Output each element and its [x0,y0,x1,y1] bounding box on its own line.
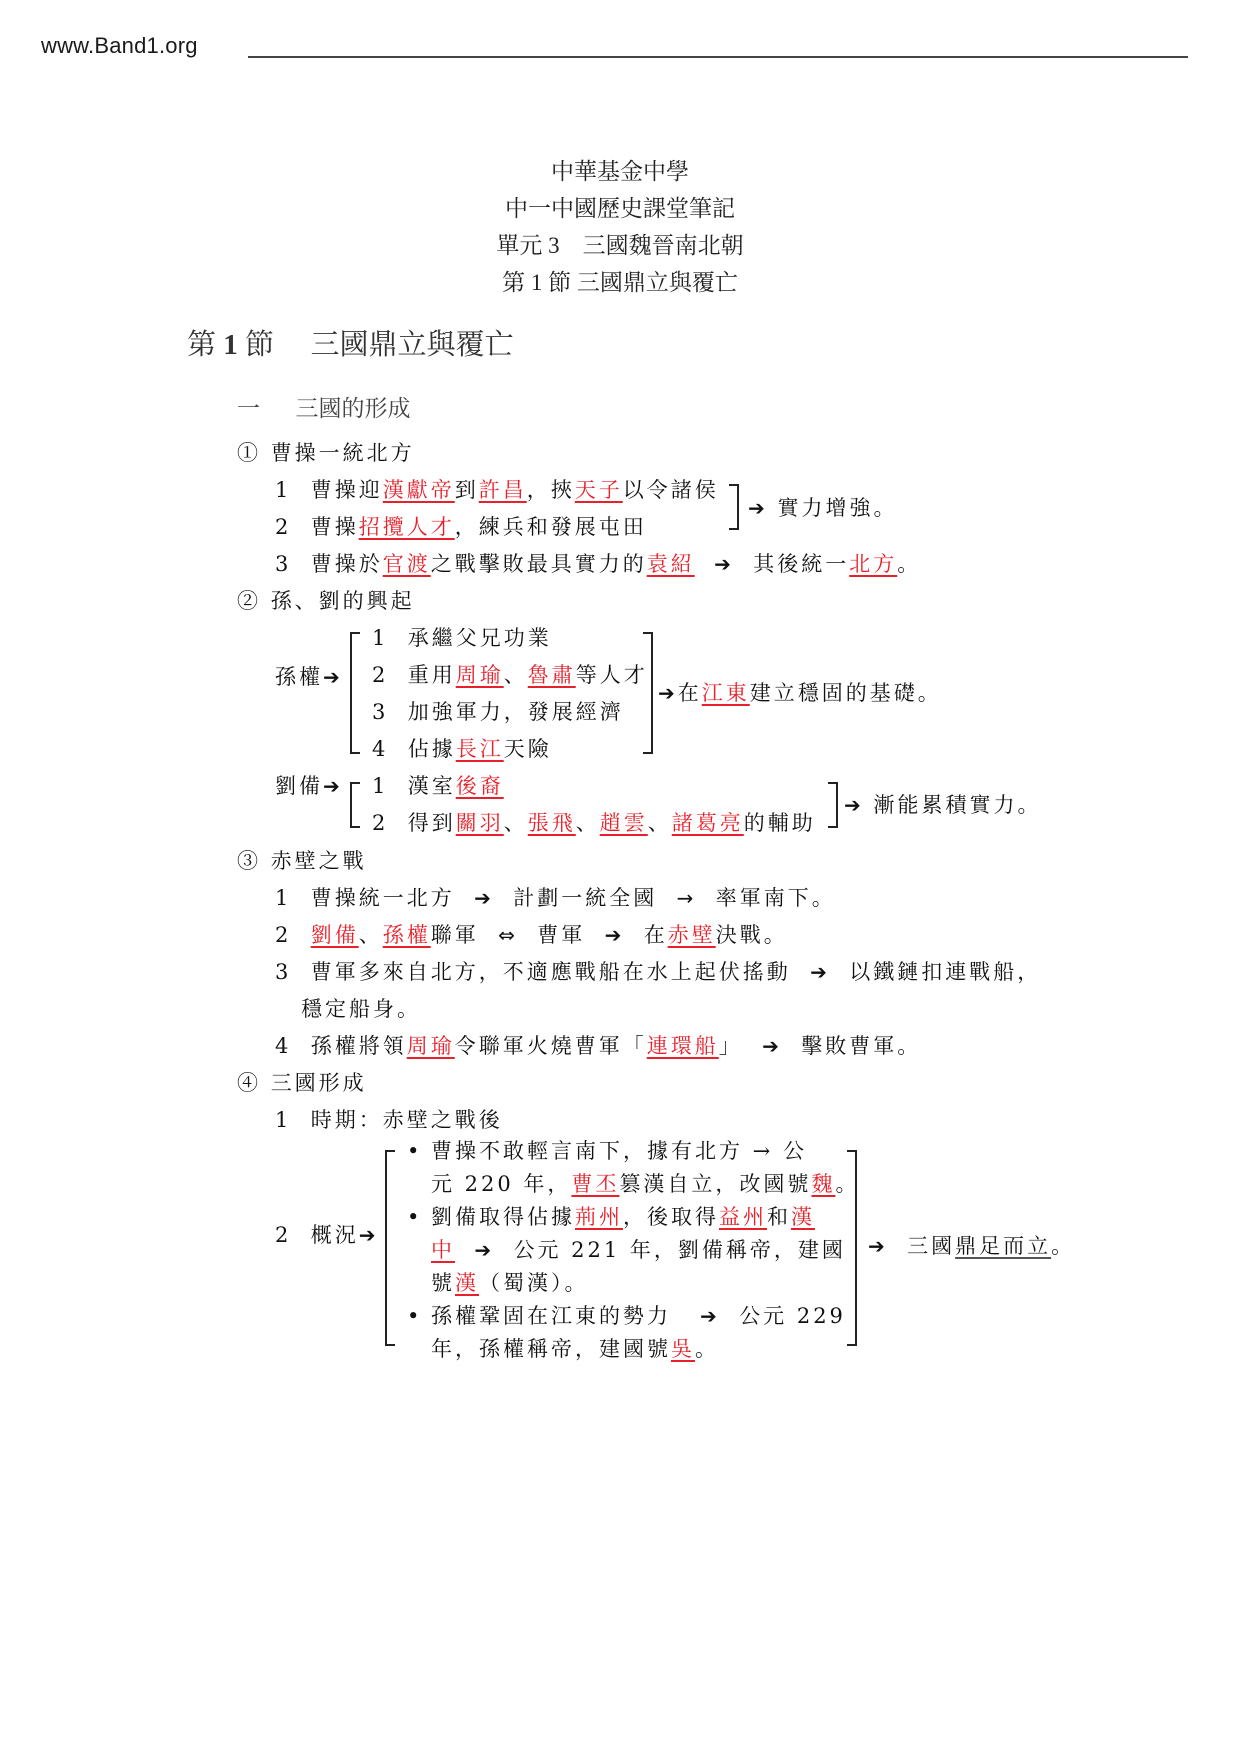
text: ，練兵和發展屯田 [455,515,647,539]
text: 曹操於 [311,552,383,576]
text: 的輔助 [744,811,816,835]
bracket-right [828,782,838,828]
keyword: 荊州 [575,1205,623,1229]
part-one-heading: 一 三國的形成 [237,390,411,423]
bracket-right [643,632,653,754]
keyword: 連環船 [647,1034,719,1058]
text: 、 [504,811,528,835]
overview-bullet-2-line-3: 號漢（蜀漢）。 [431,1267,589,1297]
topic4-period: 1 時期：赤壁之戰後 [275,1104,503,1134]
school-name: 中華基金中學 [0,153,1240,186]
keyword: 中 [431,1238,455,1262]
keyword: 張飛 [528,811,576,835]
sun-quan-item-1: 1 承繼父兄功業 [372,622,552,652]
bullet-icon: • [407,1304,431,1328]
text: 率軍南下。 [716,886,836,910]
arrow-right-icon: ➔ [868,1234,888,1258]
text: 以令諸侯 [623,478,719,502]
site-url[interactable]: www.Band1.org [41,33,198,59]
section-number: 1 [223,329,238,361]
item-number: 4 [372,737,388,761]
topic3-heading: ③ 赤壁之戰 [237,845,367,875]
liu-bei-label: 劉備➔ [275,770,343,800]
arrow-right-icon: ➔ [323,774,343,798]
text: 以鐵鏈扣連戰船， [849,960,1041,984]
topic1-item-2: 2 曹操招攬人才，練兵和發展屯田 [275,511,647,541]
text: 號 [431,1271,455,1295]
keyword: 北方 [849,552,897,576]
sun-quan-label: 孫權➔ [275,661,343,691]
text: 時期：赤壁之戰後 [311,1108,503,1132]
text: 等人才 [576,663,648,687]
topic3-item-3-continued: 穩定船身。 [301,993,421,1023]
result-text: 實力增強。 [777,496,897,520]
topic3-item-1: 1 曹操統一北方 ➔ 計劃一統全國 → 率軍南下。 [275,882,836,912]
liu-bei-item-1: 1 漢室後裔 [372,770,504,800]
text: 加強軍力，發展經濟 [408,700,624,724]
text: 年，孫權稱帝，建國號 [431,1337,671,1361]
double-arrow-icon: ⇔ [498,923,518,947]
keyword: 漢獻帝 [383,478,455,502]
topic-marker: ② [237,589,261,613]
text: 得到 [408,811,456,835]
keyword: 後裔 [456,774,504,798]
keyword: 天子 [575,478,623,502]
keyword: 長江 [456,737,504,761]
overview-bullet-2-line-2: 中 ➔ 公元 221 年，劉備稱帝，建國 [431,1234,846,1264]
item-number: 3 [372,700,388,724]
text: 曹操 [311,515,359,539]
label: 孫權 [275,665,323,689]
text: 、 [648,811,672,835]
item-number: 2 [275,1223,291,1247]
text: 曹操不敢輕言南下，據有北方 → 公 [431,1139,807,1163]
topic-title: 赤壁之戰 [271,849,367,873]
keyword: 關羽 [456,811,504,835]
arrow-right-icon: ➔ [700,1304,720,1328]
topic4-overview-label: 2 概況➔ [275,1219,379,1249]
text: 和 [767,1205,791,1229]
text: 篡漢自立，改國號 [619,1172,811,1196]
text: 曹操迎 [311,478,383,502]
item-number: 1 [275,1108,291,1132]
text: 曹軍多來自北方，不適應戰船在水上起伏搖動 [311,960,791,984]
topic-marker: ① [237,441,261,465]
text: 」 [719,1034,743,1058]
arrow-right-icon: ➔ [658,681,678,705]
bracket-left [350,632,360,754]
topic1-item-3: 3 曹操於官渡之戰擊敗最具實力的袁紹 ➔ 其後統一北方。 [275,548,921,578]
text: 聯軍 [431,923,479,947]
keyword: 趙雲 [600,811,648,835]
liu-bei-result: ➔ 漸能累積實力。 [844,789,1041,819]
text: 孫權鞏固在江東的勢力 [431,1304,671,1328]
topic3-item-2: 2 劉備、孫權聯軍 ⇔ 曹軍 ➔ 在赤壁決戰。 [275,919,788,949]
bracket-right [729,484,739,530]
keyword: 周瑜 [456,663,504,687]
bracket-left [385,1150,395,1346]
overview-bullet-1-line-2: 元 220 年，曹丕篡漢自立，改國號魏。 [431,1168,859,1198]
result-text: 漸能累積實力。 [873,793,1041,817]
bracket-right [847,1150,857,1346]
arrow-right-icon: ➔ [605,923,625,947]
section-suffix: 節 [245,329,274,361]
keyword: 孫權 [383,923,431,947]
text: ，挾 [527,478,575,502]
keyword: 許昌 [479,478,527,502]
arrow-right-icon: ➔ [714,552,734,576]
text: 令聯軍火燒曹軍「 [455,1034,647,1058]
item-number: 2 [372,663,388,687]
text: 、 [359,923,383,947]
text: 孫權將領 [311,1034,407,1058]
sun-quan-item-3: 3 加強軍力，發展經濟 [372,696,624,726]
section-prefix: 第 [187,329,216,361]
item-number: 1 [275,478,291,502]
keyword: 諸葛亮 [672,811,744,835]
text: 佔據 [408,737,456,761]
text: 計劃一統全國 [513,886,657,910]
bracket-left [350,782,360,828]
arrow-right-icon: ➔ [844,793,864,817]
topic-title: 孫、劉的興起 [271,589,415,613]
text: 漢室 [408,774,456,798]
unit-title: 單元 3 三國魏晉南北朝 [0,227,1240,260]
keyword: 周瑜 [407,1034,455,1058]
text: 三國 [907,1234,955,1258]
text: 、 [576,811,600,835]
keyword: 官渡 [383,552,431,576]
underlined-text: 鼎足而立 [955,1234,1051,1258]
part-marker: 一 [237,396,260,421]
keyword: 益州 [719,1205,767,1229]
topic4-heading: ④ 三國形成 [237,1067,367,1097]
overview-bullet-1-line-1: •曹操不敢輕言南下，據有北方 → 公 [407,1135,807,1165]
text: 。 [695,1337,719,1361]
item-number: 2 [275,923,291,947]
item-number: 4 [275,1034,291,1058]
keyword: 漢 [791,1205,815,1229]
arrow-right-icon: ➔ [762,1034,782,1058]
text: 曹操統一北方 [311,886,455,910]
keyword: 袁紹 [647,552,695,576]
arrow-right-icon: ➔ [474,1238,494,1262]
item-number: 1 [372,774,388,798]
arrow-right-thin-icon: → [677,886,697,910]
topic4-result: ➔ 三國鼎足而立。 [868,1230,1075,1260]
text: 到 [455,478,479,502]
text: （蜀漢）。 [479,1271,589,1295]
bullet-icon: • [407,1139,431,1163]
text: 承繼父兄功業 [408,626,552,650]
text: 之戰擊敗最具實力的 [431,552,647,576]
arrow-right-icon: ➔ [359,1223,379,1247]
text: 公元 221 年，劉備稱帝，建國 [513,1238,845,1262]
text: 元 220 年， [431,1172,571,1196]
text: 在 [678,681,702,705]
overview-bullet-3-line-1: •孫權鞏固在江東的勢力 ➔ 公元 229 [407,1300,846,1330]
course-name: 中一中國歷史課堂筆記 [0,190,1240,223]
text: 公元 229 [739,1304,846,1328]
sun-quan-item-2: 2 重用周瑜、魯肅等人才 [372,659,648,689]
topic1-bracket-result: ➔ 實力增強。 [748,492,897,522]
sun-quan-result: ➔在江東建立穩固的基礎。 [658,677,942,707]
keyword: 魏 [811,1172,835,1196]
lesson-title: 第 1 節 三國鼎立與覆亡 [0,264,1240,297]
text: 天險 [504,737,552,761]
keyword: 魯肅 [528,663,576,687]
item-number: 1 [372,626,388,650]
topic2-heading: ② 孫、劉的興起 [237,585,415,615]
topic1-item-1: 1 曹操迎漢獻帝到許昌，挾天子以令諸侯 [275,474,719,504]
text: 曹軍 [537,923,585,947]
item-number: 1 [275,886,291,910]
item-number: 3 [275,960,291,984]
arrow-right-icon: ➔ [748,496,768,520]
section-title-text: 三國鼎立與覆亡 [311,329,514,361]
text: 。 [897,552,921,576]
text: 建立穩固的基礎。 [750,681,942,705]
topic-marker: ③ [237,849,261,873]
keyword: 招攬人才 [359,515,455,539]
keyword: 曹丕 [571,1172,619,1196]
text: 、 [504,663,528,687]
text: 。 [1051,1234,1075,1258]
keyword: 吳 [671,1337,695,1361]
topic-title: 三國形成 [271,1071,367,1095]
keyword: 劉備 [311,923,359,947]
arrow-right-icon: ➔ [323,665,343,689]
keyword: 漢 [455,1271,479,1295]
liu-bei-item-2: 2 得到關羽、張飛、趙雲、諸葛亮的輔助 [372,807,816,837]
item-number: 2 [372,811,388,835]
arrow-right-icon: ➔ [474,886,494,910]
sun-quan-item-4: 4 佔據長江天險 [372,733,552,763]
text: 擊敗曹軍。 [801,1034,921,1058]
section-heading: 第 1 節 三國鼎立與覆亡 [187,322,514,363]
header-divider [248,56,1188,58]
text: ，後取得 [623,1205,719,1229]
bullet-icon: • [407,1205,431,1229]
text: 決戰。 [716,923,788,947]
topic-title: 曹操一統北方 [271,441,415,465]
topic3-item-4: 4 孫權將領周瑜令聯軍火燒曹軍「連環船」 ➔ 擊敗曹軍。 [275,1030,921,1060]
topic-marker: ④ [237,1071,261,1095]
text: 在 [644,923,668,947]
item-number: 3 [275,552,291,576]
keyword: 江東 [702,681,750,705]
text: 重用 [408,663,456,687]
text: 劉備取得佔據 [431,1205,575,1229]
keyword: 赤壁 [668,923,716,947]
text: 其後統一 [753,552,849,576]
overview-bullet-2-line-1: •劉備取得佔據荊州，後取得益州和漢 [407,1201,815,1231]
arrow-right-icon: ➔ [810,960,830,984]
part-title: 三國的形成 [296,396,411,421]
item-number: 2 [275,515,291,539]
topic1-heading: ① 曹操一統北方 [237,437,415,467]
topic3-item-3: 3 曹軍多來自北方，不適應戰船在水上起伏搖動 ➔ 以鐵鏈扣連戰船， [275,956,1041,986]
overview-bullet-3-line-2: 年，孫權稱帝，建國號吳。 [431,1333,719,1363]
label: 概況 [311,1223,359,1247]
label: 劉備 [275,774,323,798]
